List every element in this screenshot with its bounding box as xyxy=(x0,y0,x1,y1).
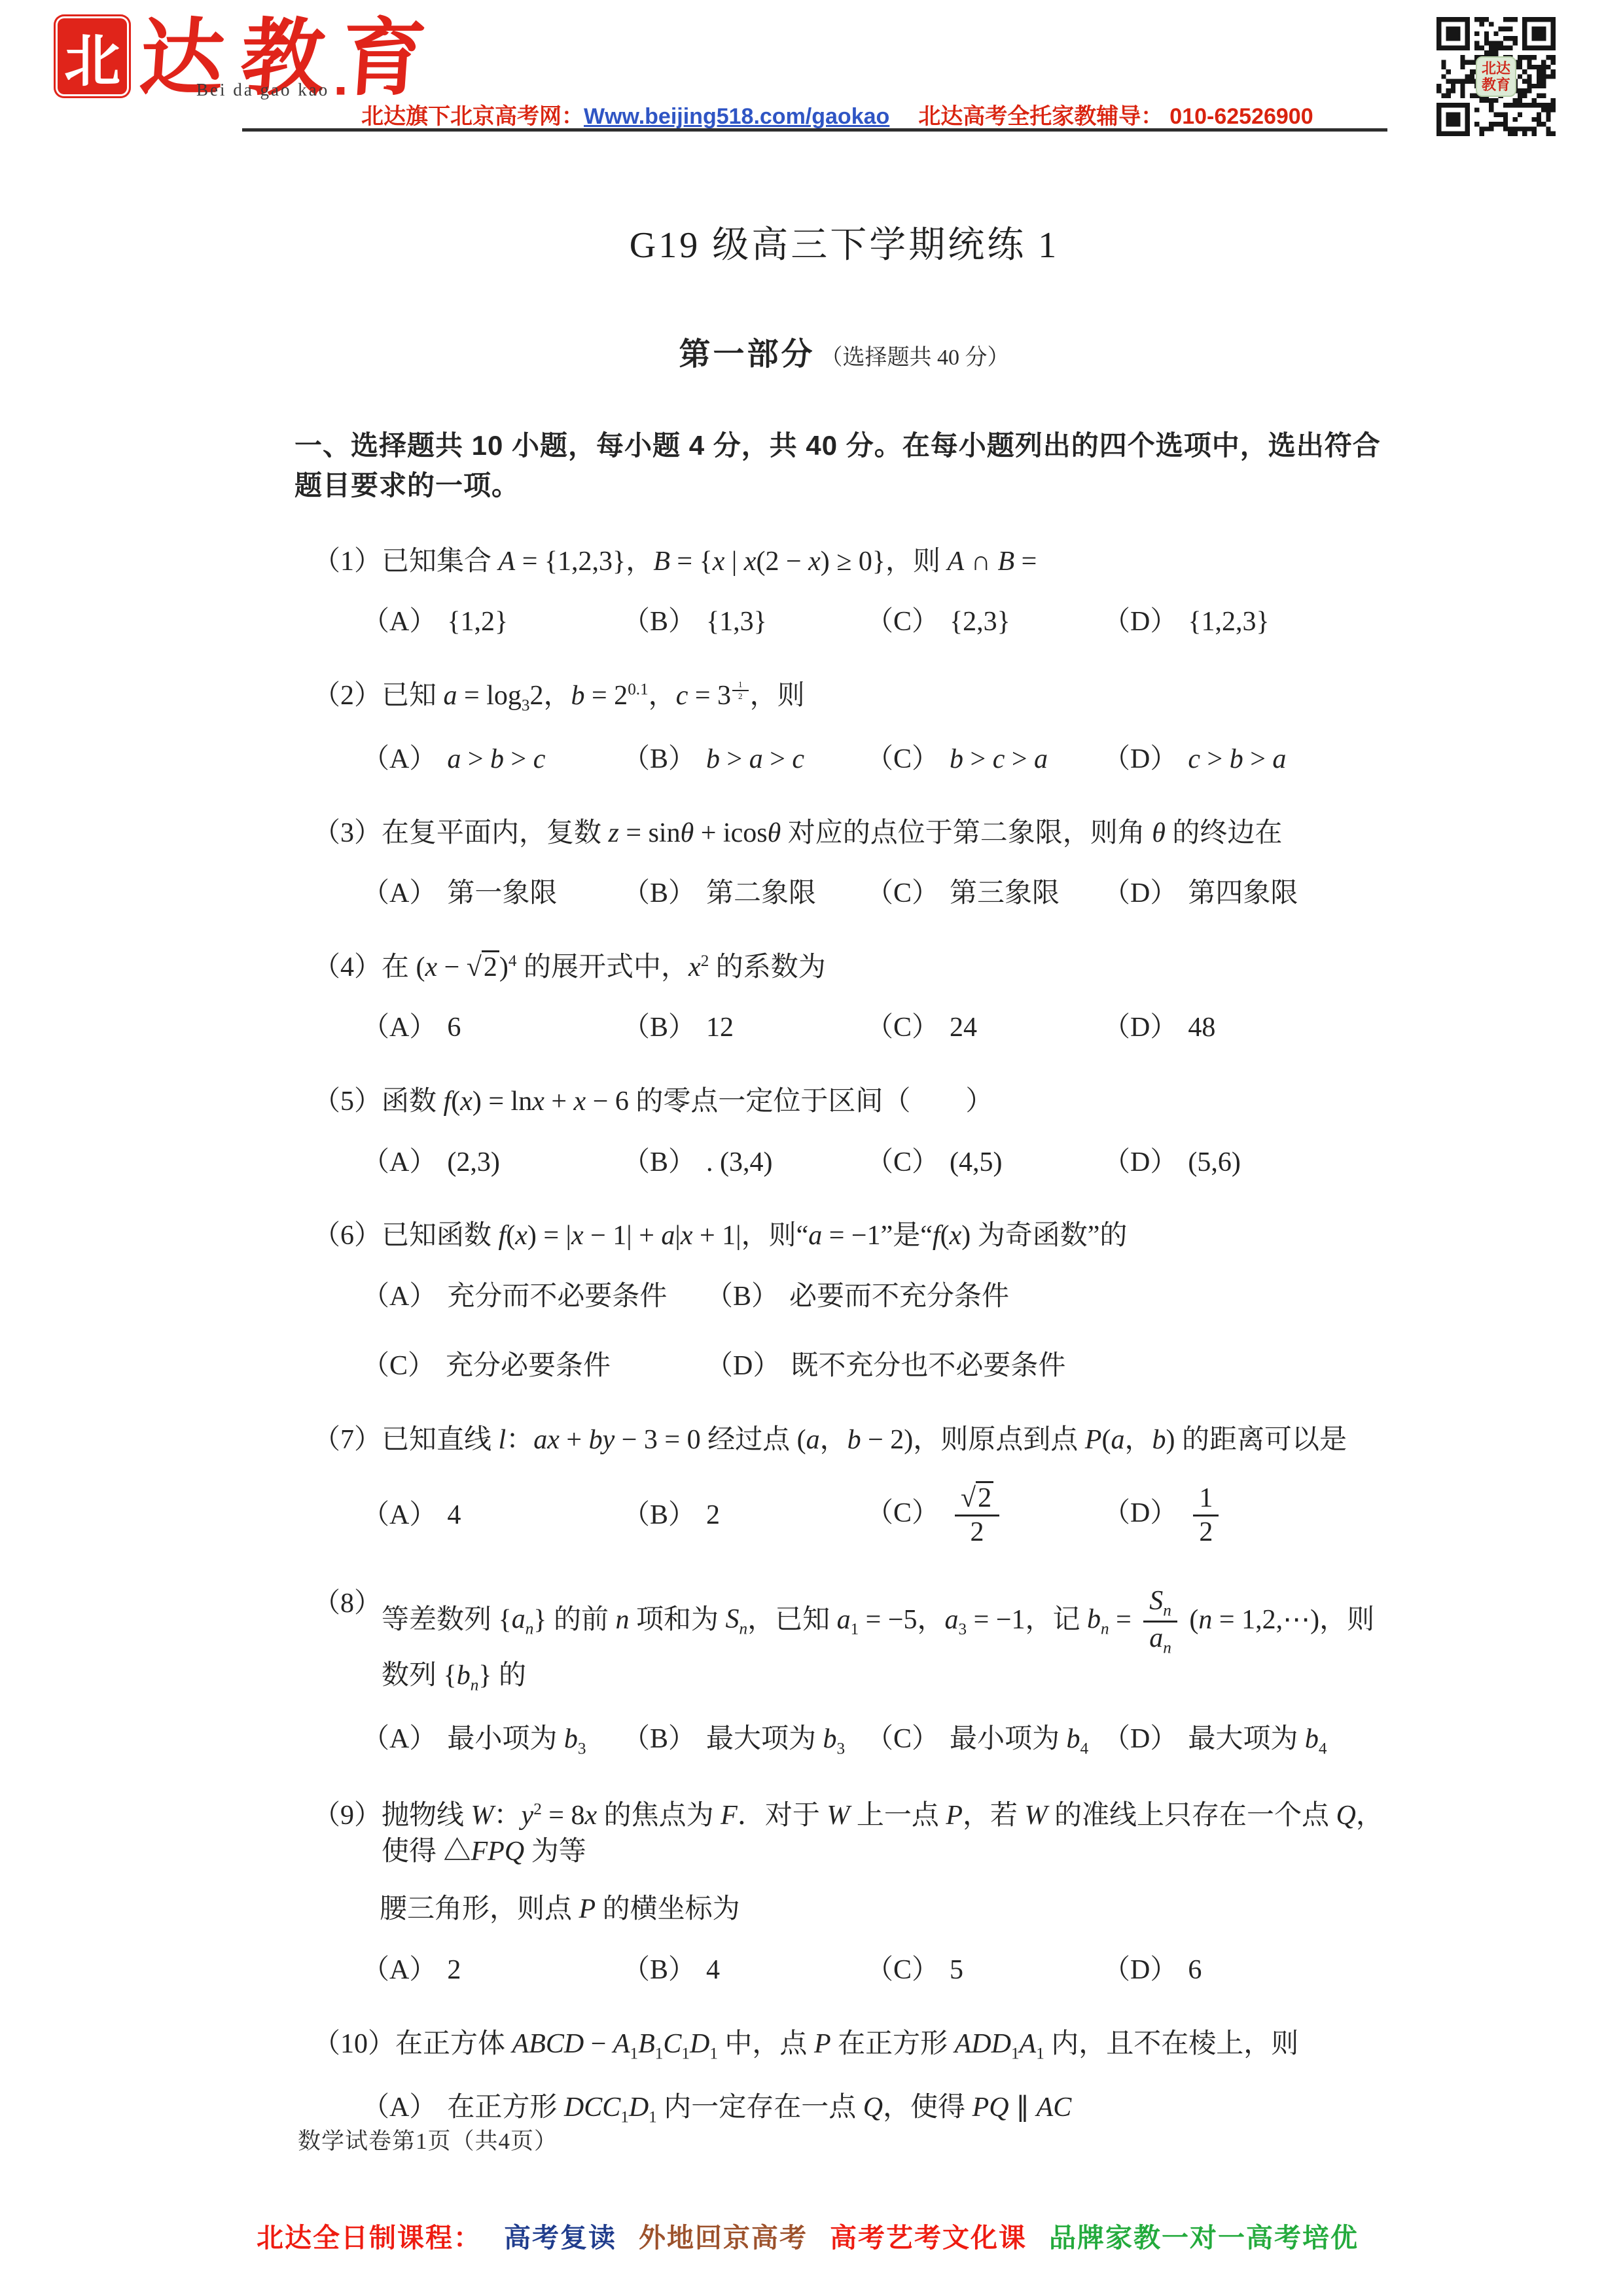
question-options: （A）{1,2}（B）{1,3}（C）{2,3}（D）{1,2,3} xyxy=(294,604,1394,640)
question-stem: 在复平面内，复数 z = sinθ + icosθ 对应的点位于第二象限，则角 … xyxy=(382,816,1394,852)
option-text: c > b > a xyxy=(1188,744,1286,774)
option-text: {2,3} xyxy=(950,607,1010,637)
question-6: （6）已知函数 f(x) = |x − 1| + a|x + 1|，则“a = … xyxy=(294,1218,1394,1384)
option-text: 最大项为 b3 xyxy=(706,1724,845,1754)
option-label: （A） xyxy=(362,878,437,908)
question-2: （2）已知 a = log32，b = 20.1，c = 312，则（A）a >… xyxy=(294,678,1394,778)
option-label: （B） xyxy=(622,1500,696,1530)
option-text: 最小项为 b4 xyxy=(950,1724,1088,1754)
option-text: 第四象限 xyxy=(1188,878,1298,908)
answer-option-C: （C）24 xyxy=(866,1010,1103,1046)
option-label: （B） xyxy=(622,1955,696,1985)
footer-ad-line: 北达全日制课程：高考复读外地回京高考高考艺考文化课品牌家教一对一高考培优 xyxy=(257,2216,1381,2255)
option-label: （C） xyxy=(866,878,939,908)
answer-option-A: （A）4 xyxy=(362,1498,622,1534)
answer-option-A: （A）a > b > c xyxy=(362,742,622,778)
section-part-label: 第一部分 xyxy=(679,337,815,372)
option-label: （C） xyxy=(866,1955,939,1985)
answer-option-C: （C）b > c > a xyxy=(866,742,1103,778)
qr-code: 北达 教育 xyxy=(1436,17,1556,136)
site-link[interactable]: Www.beijing518.com/gaokao xyxy=(584,104,889,129)
option-text: b > a > c xyxy=(706,744,804,774)
option-text: 4 xyxy=(706,1955,720,1985)
question-number: （1） xyxy=(313,544,382,580)
option-label: （D） xyxy=(1103,1013,1177,1043)
option-text: 12 xyxy=(706,1013,734,1043)
answer-option-A: （A）2 xyxy=(362,1952,622,1988)
question-number: （5） xyxy=(313,1084,382,1120)
question-options: （A）充分而不必要条件（B）必要而不充分条件（C）充分必要条件（D）既不充分也不… xyxy=(294,1279,1394,1384)
answer-option-B: （B）2 xyxy=(622,1498,866,1534)
option-label: （D） xyxy=(1103,1724,1177,1754)
question-stem: 已知集合 A = {1,2,3}，B = {x | x(2 − x) ≥ 0}，… xyxy=(382,544,1394,580)
option-text: 5 xyxy=(950,1955,963,1985)
answer-option-B: （B）{1,3} xyxy=(622,604,866,640)
option-label: （A） xyxy=(362,607,437,637)
option-label: （B） xyxy=(622,744,696,774)
question-stem: 等差数列 {an} 的前 n 项和为 Sn，已知 a1 = −5，a3 = −1… xyxy=(382,1586,1394,1696)
option-label: （C） xyxy=(866,1724,939,1754)
page-number: 数学试卷第1页（共4页） xyxy=(298,2123,558,2156)
option-text: 6 xyxy=(1188,1955,1202,1985)
question-stem: 函数 f(x) = lnx + x − 6 的零点一定位于区间（ ） xyxy=(382,1084,1394,1120)
answer-option-A: （A）{1,2} xyxy=(362,604,622,640)
question-options: （A）4（B）2（C）√22（D）12 xyxy=(294,1483,1394,1548)
footer-ad-segment: 北达全日制课程： xyxy=(257,2223,482,2253)
footer-ad-segment: 高考复读 xyxy=(504,2223,616,2253)
option-label: （D） xyxy=(1103,1147,1177,1177)
answer-option-C: （C）5 xyxy=(866,1952,1103,1988)
question-10: （10）在正方体 ABCD − A1B1C1D1 中，点 P 在正方形 ADD1… xyxy=(294,2026,1394,2128)
option-label: （A） xyxy=(362,744,437,774)
question-3: （3）在复平面内，复数 z = sinθ + icosθ 对应的点位于第二象限，… xyxy=(294,816,1394,912)
answer-option-B: （B）必要而不充分条件 xyxy=(705,1279,1394,1315)
instruction-text: 一、选择题共 10 小题，每小题 4 分，共 40 分。在每小题列出的四个选项中… xyxy=(294,426,1394,506)
answer-option-A: （A）充分而不必要条件 xyxy=(362,1279,705,1315)
option-label: （C） xyxy=(866,607,939,637)
answer-option-B: （B）第二象限 xyxy=(622,876,866,912)
section-score-note: （选择题共 40 分） xyxy=(821,346,1010,370)
tutor-label: 北达高考全托家教辅导： xyxy=(918,104,1163,129)
option-label: （D） xyxy=(1103,1498,1177,1528)
answer-option-B: （B）12 xyxy=(622,1010,866,1046)
logo-seal: 北 xyxy=(54,14,131,98)
option-text: 24 xyxy=(950,1013,977,1043)
option-text: 充分而不必要条件 xyxy=(447,1282,667,1312)
page-title: G19 级高三下学期统练 1 xyxy=(294,216,1394,268)
footer-ad-segment: 外地回京高考 xyxy=(639,2223,808,2253)
question-stem-line2: 腰三角形，则点 P 的横坐标为 xyxy=(380,1892,1394,1928)
answer-option-A: （A）在正方形 DCC1D1 内一定存在一点 Q，使得 PQ ∥ AC xyxy=(362,2090,1394,2128)
question-7: （7）已知直线 l：ax + by − 3 = 0 经过点 (a，b − 2)，… xyxy=(294,1422,1394,1548)
section-heading: 第一部分（选择题共 40 分） xyxy=(294,329,1394,374)
question-number: （6） xyxy=(313,1218,382,1254)
header-divider xyxy=(242,128,1387,132)
option-text: 6 xyxy=(447,1013,461,1043)
question-stem: 已知函数 f(x) = |x − 1| + a|x + 1|，则“a = −1”… xyxy=(382,1218,1394,1254)
header-info-line: 北达旗下北京高考网：Www.beijing518.com/gaokao北达高考全… xyxy=(361,98,1313,130)
answer-option-B: （B）4 xyxy=(622,1952,866,1988)
question-1: （1）已知集合 A = {1,2,3}，B = {x | x(2 − x) ≥ … xyxy=(294,544,1394,640)
option-label: （A） xyxy=(362,1500,437,1530)
option-text: . (3,4) xyxy=(706,1147,772,1177)
option-text: {1,2,3} xyxy=(1188,607,1269,637)
option-text: √22 xyxy=(950,1498,1005,1528)
answer-option-B: （B）最大项为 b3 xyxy=(622,1721,866,1760)
answer-option-D: （D）第四象限 xyxy=(1103,876,1394,912)
question-options: （A）(2,3)（B）. (3,4)（C）(4,5)（D）(5,6) xyxy=(294,1145,1394,1181)
option-text: 既不充分也不必要条件 xyxy=(791,1351,1065,1381)
option-label: （B） xyxy=(622,1724,696,1754)
option-text: 充分必要条件 xyxy=(446,1351,611,1381)
option-text: 2 xyxy=(447,1955,461,1985)
option-text: (4,5) xyxy=(950,1147,1002,1177)
option-label: （A） xyxy=(362,1013,437,1043)
option-label: （B） xyxy=(705,1282,779,1312)
logo-seal-character: 北 xyxy=(64,16,120,97)
question-number: （4） xyxy=(313,950,382,986)
option-text: 第二象限 xyxy=(706,878,816,908)
option-text: 2 xyxy=(706,1500,720,1530)
option-label: （B） xyxy=(622,607,696,637)
option-label: （D） xyxy=(1103,744,1177,774)
footer-ad-segment: 高考艺考文化课 xyxy=(830,2223,1027,2253)
question-number: （3） xyxy=(313,816,382,852)
exam-body: G19 级高三下学期统练 1 第一部分（选择题共 40 分） 一、选择题共 10… xyxy=(294,216,1394,2128)
answer-option-D: （D）(5,6) xyxy=(1103,1145,1394,1181)
option-label: （C） xyxy=(866,744,939,774)
option-text: (2,3) xyxy=(447,1147,499,1177)
logo-pinyin: Bei da gao kao■ xyxy=(196,80,348,100)
site-label: 北达旗下北京高考网： xyxy=(361,104,584,129)
answer-option-D: （D）6 xyxy=(1103,1952,1394,1988)
question-number: （8） xyxy=(313,1586,382,1696)
answer-option-D: （D）12 xyxy=(1103,1483,1394,1548)
questions: （1）已知集合 A = {1,2,3}，B = {x | x(2 − x) ≥ … xyxy=(294,544,1394,2128)
option-label: （A） xyxy=(362,1282,437,1312)
answer-option-A: （A）(2,3) xyxy=(362,1145,622,1181)
answer-option-D: （D）既不充分也不必要条件 xyxy=(705,1348,1394,1384)
option-label: （D） xyxy=(1103,1955,1177,1985)
answer-option-C: （C）(4,5) xyxy=(866,1145,1103,1181)
option-label: （A） xyxy=(362,1955,437,1985)
question-4: （4）在 (x − √2)4 的展开式中，x2 的系数为（A）6（B）12（C）… xyxy=(294,950,1394,1046)
option-label: （A） xyxy=(362,2092,437,2123)
option-text: 4 xyxy=(447,1500,461,1530)
option-text: 12 xyxy=(1188,1498,1224,1528)
option-label: （C） xyxy=(866,1147,939,1177)
option-text: 第三象限 xyxy=(950,878,1060,908)
option-text: (5,6) xyxy=(1188,1147,1240,1177)
answer-option-D: （D）c > b > a xyxy=(1103,742,1394,778)
option-label: （A） xyxy=(362,1147,437,1177)
answer-option-B: （B）b > a > c xyxy=(622,742,866,778)
question-9: （9）抛物线 W：y2 = 8x 的焦点为 F．对于 W 上一点 P，若 W 的… xyxy=(294,1798,1394,1988)
option-text: a > b > c xyxy=(447,744,545,774)
option-label: （B） xyxy=(622,1147,696,1177)
option-label: （C） xyxy=(362,1351,435,1381)
question-options: （A）最小项为 b3（B）最大项为 b3（C）最小项为 b4（D）最大项为 b4 xyxy=(294,1721,1394,1760)
answer-option-B: （B）. (3,4) xyxy=(622,1145,866,1181)
option-text: b > c > a xyxy=(950,744,1048,774)
answer-option-C: （C）√22 xyxy=(866,1483,1103,1548)
question-options: （A）在正方形 DCC1D1 内一定存在一点 Q，使得 PQ ∥ AC xyxy=(294,2090,1394,2128)
footer-ad-segment: 品牌家教一对一高考培优 xyxy=(1049,2223,1359,2253)
option-text: {1,2} xyxy=(447,607,508,637)
question-options: （A）2（B）4（C）5（D）6 xyxy=(294,1952,1394,1988)
question-number: （7） xyxy=(313,1422,382,1458)
question-options: （A）第一象限（B）第二象限（C）第三象限（D）第四象限 xyxy=(294,876,1394,912)
answer-option-A: （A）第一象限 xyxy=(362,876,622,912)
option-label: （D） xyxy=(705,1351,780,1381)
option-text: 最小项为 b3 xyxy=(447,1724,586,1754)
question-options: （A）a > b > c（B）b > a > c（C）b > c > a（D）c… xyxy=(294,742,1394,778)
option-text: {1,3} xyxy=(706,607,767,637)
option-label: （B） xyxy=(622,878,696,908)
question-stem: 已知 a = log32，b = 20.1，c = 312，则 xyxy=(382,678,1394,717)
answer-option-A: （A）6 xyxy=(362,1010,622,1046)
question-number: （2） xyxy=(313,678,382,717)
logo-pinyin-square-icon: ■ xyxy=(336,82,348,99)
question-5: （5）函数 f(x) = lnx + x − 6 的零点一定位于区间（ ）（A）… xyxy=(294,1084,1394,1180)
answer-option-C: （C）充分必要条件 xyxy=(362,1348,705,1384)
answer-option-D: （D）最大项为 b4 xyxy=(1103,1721,1394,1760)
answer-option-D: （D）{1,2,3} xyxy=(1103,604,1394,640)
option-text: 必要而不充分条件 xyxy=(789,1282,1009,1312)
option-label: （B） xyxy=(622,1013,696,1043)
answer-option-A: （A）最小项为 b3 xyxy=(362,1721,622,1760)
question-stem: 抛物线 W：y2 = 8x 的焦点为 F．对于 W 上一点 P，若 W 的准线上… xyxy=(382,1798,1394,1869)
answer-option-D: （D）48 xyxy=(1103,1010,1394,1046)
question-stem: 已知直线 l：ax + by − 3 = 0 经过点 (a，b − 2)，则原点… xyxy=(382,1422,1394,1458)
option-label: （C） xyxy=(866,1013,939,1043)
answer-option-C: （C）最小项为 b4 xyxy=(866,1721,1103,1760)
qr-center-label: 北达 教育 xyxy=(1476,56,1516,97)
option-text: 最大项为 b4 xyxy=(1188,1724,1327,1754)
question-number: （9） xyxy=(313,1798,382,1869)
option-label: （D） xyxy=(1103,607,1177,637)
phone-number: 010-62526900 xyxy=(1169,104,1313,129)
option-label: （A） xyxy=(362,1724,437,1754)
option-label: （D） xyxy=(1103,878,1177,908)
question-number: （10） xyxy=(313,2026,395,2065)
answer-option-C: （C）第三象限 xyxy=(866,876,1103,912)
question-8: （8）等差数列 {an} 的前 n 项和为 Sn，已知 a1 = −5，a3 =… xyxy=(294,1586,1394,1761)
question-stem: 在 (x − √2)4 的展开式中，x2 的系数为 xyxy=(382,950,1394,986)
option-text: 第一象限 xyxy=(447,878,557,908)
question-stem: 在正方体 ABCD − A1B1C1D1 中，点 P 在正方形 ADD1A1 内… xyxy=(395,2026,1394,2065)
option-text: 48 xyxy=(1188,1013,1215,1043)
answer-option-C: （C）{2,3} xyxy=(866,604,1103,640)
option-label: （C） xyxy=(866,1498,939,1528)
question-options: （A）6（B）12（C）24（D）48 xyxy=(294,1010,1394,1046)
option-text: 在正方形 DCC1D1 内一定存在一点 Q，使得 PQ ∥ AC xyxy=(447,2092,1071,2123)
